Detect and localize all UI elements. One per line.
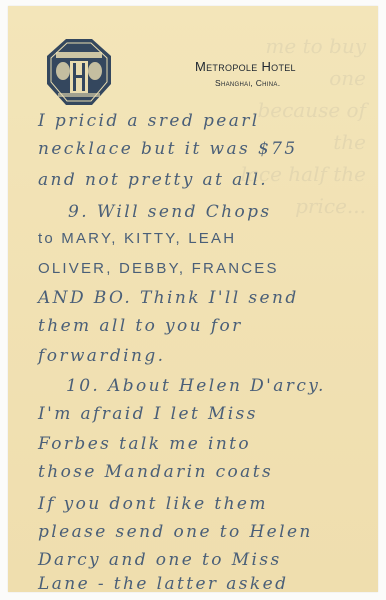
letter-line: If you dont like them	[38, 494, 268, 514]
letter-line: Lane - the latter asked	[38, 574, 288, 594]
letter-line: them all to you for	[38, 316, 243, 336]
letter-line: I pricid a sred pearl	[38, 111, 260, 131]
letter-line: OLIVER, DEBBY, FRANCES	[38, 260, 279, 277]
letter-line: to MARY, KITTY, LEAH	[38, 230, 236, 247]
hotel-location: Shanghai, China.	[215, 78, 280, 88]
letter-line: 9. Will send Chops	[68, 202, 272, 222]
letter-line: I'm afraid I let Miss	[38, 404, 258, 424]
letter-page: me to buy onebecause of thelace half the…	[8, 6, 378, 592]
hotel-logo-icon	[44, 37, 114, 107]
hotel-name: Metropole Hotel	[195, 59, 296, 74]
letter-line: those Mandarin coats	[38, 462, 273, 482]
letter-line: please send one to Helen	[38, 522, 313, 542]
letter-line: AND BO. Think I'll send	[38, 288, 299, 308]
letter-line: Darcy and one to Miss	[38, 550, 282, 570]
letter-line: necklace but it was $75	[38, 139, 298, 159]
letter-line: and not pretty at all.	[38, 170, 268, 190]
letter-line: forwarding.	[38, 346, 165, 366]
letter-line: Forbes talk me into	[38, 434, 251, 454]
letter-line: 10. About Helen D'arcy.	[66, 376, 326, 396]
